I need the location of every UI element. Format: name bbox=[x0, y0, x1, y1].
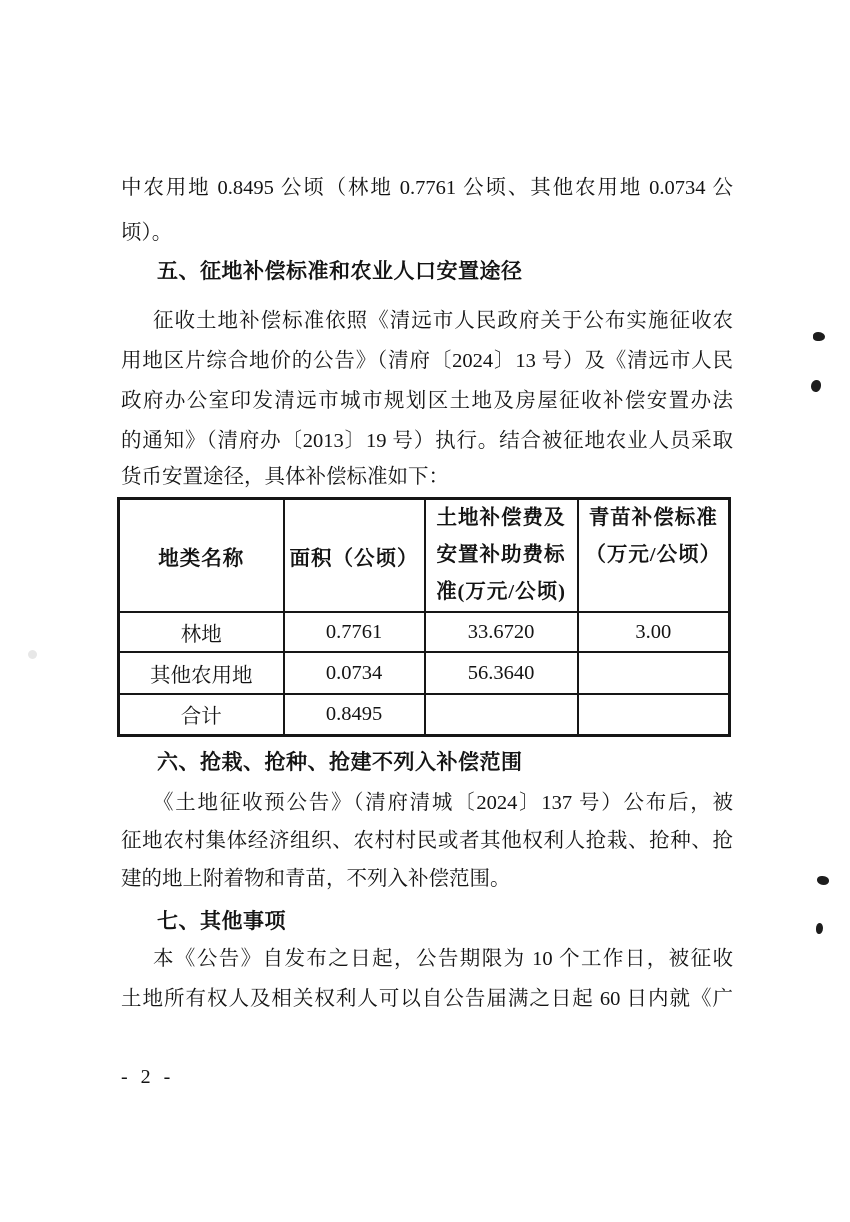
section-5-line-5: 货币安置途径，具体补偿标准如下： bbox=[121, 464, 733, 490]
section-6-line-1: 《土地征收预公告》（清府清城〔2024〕137 号）公布后，被 bbox=[121, 790, 733, 816]
intro-line-2: 顷）。 bbox=[121, 220, 733, 246]
section-5-line-4: 的通知》（清府办〔2013〕19 号）执行。结合被征地农业人员采取 bbox=[121, 428, 733, 454]
section-7-heading: 七、其他事项 bbox=[121, 909, 733, 935]
cell-compensation: 56.3640 bbox=[425, 652, 578, 694]
table-row: 林地 0.7761 33.6720 3.00 bbox=[119, 612, 730, 652]
section-5-line-3: 政府办公室印发清远市城市规划区土地及房屋征收补偿安置办法 bbox=[121, 388, 733, 414]
scan-artifact bbox=[811, 380, 821, 392]
table-row: 合计 0.8495 bbox=[119, 694, 730, 735]
cell-area: 0.8495 bbox=[284, 694, 425, 735]
compensation-table: 地类名称 面积（公顷） 土地补偿费及 安置补助费标 准(万元/公顷) 青苗补偿标… bbox=[117, 497, 731, 737]
cell-land-type: 林地 bbox=[119, 612, 284, 652]
section-7-line-1: 本《公告》自发布之日起，公告期限为 10 个工作日，被征收 bbox=[121, 946, 733, 972]
table-header-land-type: 地类名称 bbox=[119, 499, 284, 613]
table-header-row: 地类名称 面积（公顷） 土地补偿费及 安置补助费标 准(万元/公顷) 青苗补偿标… bbox=[119, 499, 730, 613]
document-page: 中农用地 0.8495 公顷（林地 0.7761 公顷、其他农用地 0.0734… bbox=[0, 0, 850, 1222]
table-row: 其他农用地 0.0734 56.3640 bbox=[119, 652, 730, 694]
table-header-compensation: 土地补偿费及 安置补助费标 准(万元/公顷) bbox=[425, 499, 578, 613]
section-5-line-1: 征收土地补偿标准依照《清远市人民政府关于公布实施征收农 bbox=[121, 308, 733, 334]
cell-seedling bbox=[578, 694, 730, 735]
cell-land-type: 其他农用地 bbox=[119, 652, 284, 694]
section-6-line-3: 建的地上附着物和青苗，不列入补偿范围。 bbox=[121, 866, 733, 892]
scan-artifact bbox=[817, 876, 829, 885]
section-6-heading: 六、抢栽、抢种、抢建不列入补偿范围 bbox=[121, 750, 733, 776]
cell-area: 0.7761 bbox=[284, 612, 425, 652]
cell-area: 0.0734 bbox=[284, 652, 425, 694]
cell-land-type: 合计 bbox=[119, 694, 284, 735]
cell-seedling bbox=[578, 652, 730, 694]
scan-artifact bbox=[28, 650, 37, 659]
section-5-line-2: 用地区片综合地价的公告》（清府〔2024〕13 号）及《清远市人民 bbox=[121, 348, 733, 374]
scan-artifact bbox=[813, 332, 825, 341]
cell-compensation: 33.6720 bbox=[425, 612, 578, 652]
section-7-line-2: 土地所有权人及相关权利人可以自公告届满之日起 60 日内就《广 bbox=[121, 986, 733, 1012]
table-header-area: 面积（公顷） bbox=[284, 499, 425, 613]
cell-seedling: 3.00 bbox=[578, 612, 730, 652]
page-number: - 2 - bbox=[121, 1066, 174, 1089]
scan-artifact bbox=[816, 923, 823, 934]
section-6-line-2: 征地农村集体经济组织、农村村民或者其他权利人抢栽、抢种、抢 bbox=[121, 828, 733, 854]
intro-line-1: 中农用地 0.8495 公顷（林地 0.7761 公顷、其他农用地 0.0734… bbox=[121, 175, 733, 201]
table-header-seedling: 青苗补偿标准 （万元/公顷） bbox=[578, 499, 730, 613]
section-5-heading: 五、征地补偿标准和农业人口安置途径 bbox=[121, 259, 733, 285]
cell-compensation bbox=[425, 694, 578, 735]
